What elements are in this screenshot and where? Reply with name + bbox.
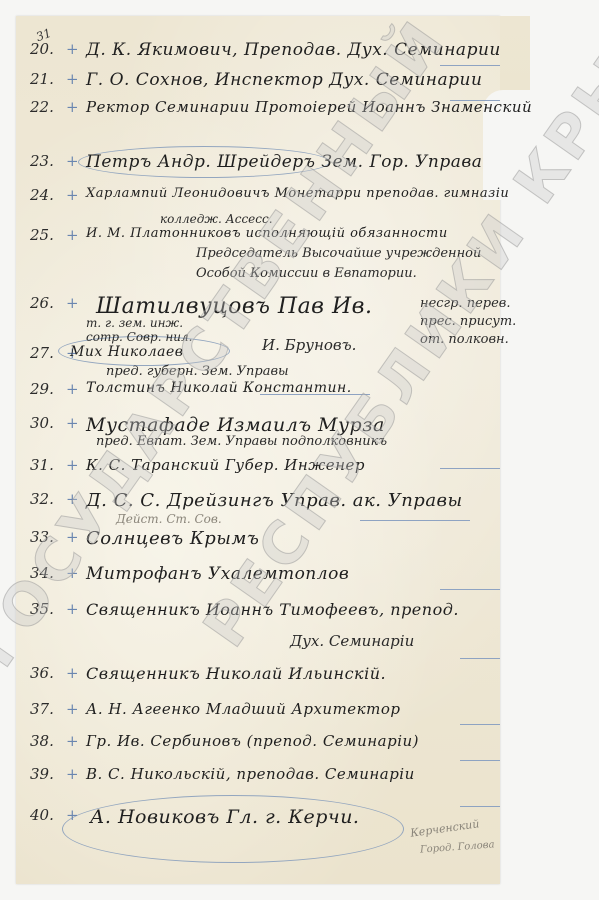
- entry-text: Петръ Андр. Шрейдеръ Зем. Гор. Управа: [86, 152, 482, 172]
- entry-text: И. М. Платонниковъ исполняющiй обязаннос…: [86, 226, 448, 241]
- entry-number: 20.: [30, 40, 54, 58]
- plus-mark-icon: +: [66, 664, 79, 682]
- entry-text: Митрофанъ Ухалемтоплов: [86, 564, 349, 584]
- entry-number: 40.: [30, 806, 54, 824]
- plus-mark-icon: +: [66, 414, 79, 432]
- plus-mark-icon: +: [66, 70, 79, 88]
- entry-text: Г. О. Сохнов, Инспектор Дух. Семинарии: [86, 70, 482, 90]
- list-item: 27. + Мих Николаев: [0, 344, 599, 374]
- list-item: 33. + Солнцевъ Крымъ: [0, 528, 599, 558]
- list-item: 29. + Толстинъ Николай Константин.: [0, 380, 599, 410]
- entry-text: Д. С. С. Дрейзингъ Управ. ак. Управы: [86, 490, 463, 511]
- annotation: Председатель Высочайше учрежденной: [196, 246, 481, 261]
- annotation: пред. Евпат. Зем. Управы подполковникъ: [96, 434, 387, 449]
- annotation: Дейст. Ст. Сов.: [116, 512, 222, 526]
- plus-mark-icon: +: [66, 186, 79, 204]
- entry-number: 30.: [30, 414, 54, 432]
- entry-text: Священникъ Николай Ильинскiй.: [86, 664, 386, 683]
- list-item: 38. + Гр. Ив. Сербиновъ (препод. Семинар…: [0, 732, 599, 762]
- list-item: 39. + В. С. Никольскiй, преподав. Семина…: [0, 765, 599, 795]
- entry-number: 29.: [30, 380, 54, 398]
- list-item: 24. + Харлампий Леонидовичъ Монетарри пр…: [0, 186, 599, 216]
- plus-mark-icon: +: [66, 226, 79, 244]
- list-item: 21. + Г. О. Сохнов, Инспектор Дух. Семин…: [0, 70, 599, 100]
- annotation: Особой Комиссии в Евпатории.: [196, 266, 417, 281]
- entry-number: 26.: [30, 294, 54, 312]
- plus-mark-icon: +: [66, 564, 79, 582]
- entry-number: 25.: [30, 226, 54, 244]
- entry-text: Священникъ Иоаннъ Тимофеевъ, препод.: [86, 600, 459, 619]
- entry-text: В. С. Никольскiй, преподав. Семинарiи: [86, 765, 415, 783]
- plus-mark-icon: +: [66, 490, 79, 508]
- entry-text: Толстинъ Николай Константин.: [86, 380, 352, 396]
- annotation: прес. присут.: [420, 314, 516, 329]
- list-item: 23. + Петръ Андр. Шрейдеръ Зем. Гор. Упр…: [0, 152, 599, 182]
- entry-text: Мустафаде Измаилъ Мурза: [86, 414, 385, 436]
- list-item: 37. + А. Н. Агеенко Младший Архитектор: [0, 700, 599, 730]
- entry-number: 34.: [30, 564, 54, 582]
- plus-mark-icon: +: [66, 528, 79, 546]
- entry-text: К. С. Таранский Губер. Инженер: [86, 456, 365, 474]
- plus-mark-icon: +: [66, 294, 79, 312]
- entry-text: Ректор Семинарии Протоiерей Иоаннъ Знаме…: [86, 98, 532, 116]
- plus-mark-icon: +: [66, 765, 79, 783]
- plus-mark-icon: +: [66, 806, 79, 824]
- rule-line: [460, 658, 500, 659]
- annotation: сотр. Совр. нил.: [86, 330, 192, 344]
- plus-mark-icon: +: [66, 732, 79, 750]
- plus-mark-icon: +: [66, 98, 79, 116]
- entry-text: Д. К. Якимович, Преподав. Дух. Семинарии: [86, 40, 501, 60]
- entry-number: 39.: [30, 765, 54, 783]
- list-item: 22. + Ректор Семинарии Протоiерей Иоаннъ…: [0, 98, 599, 128]
- list-item: 20. + Д. К. Якимович, Преподав. Дух. Сем…: [0, 40, 599, 70]
- annotation: несгр. перев.: [420, 296, 510, 311]
- annotation: т. г. зем. инж.: [86, 316, 183, 330]
- entry-number: 23.: [30, 152, 54, 170]
- entry-number: 35.: [30, 600, 54, 618]
- list-item: 36. + Священникъ Николай Ильинскiй.: [0, 664, 599, 694]
- entry-text: А. Н. Агеенко Младший Архитектор: [86, 700, 401, 718]
- plus-mark-icon: +: [66, 700, 79, 718]
- plus-mark-icon: +: [66, 40, 79, 58]
- plus-mark-icon: +: [66, 152, 79, 170]
- entry-number: 24.: [30, 186, 54, 204]
- entry-number: 31.: [30, 456, 54, 474]
- entry-text: Мих Николаев: [70, 344, 183, 360]
- list-item: 31. + К. С. Таранский Губер. Инженер: [0, 456, 599, 486]
- list-item: 32. + Д. С. С. Дрейзингъ Управ. ак. Упра…: [0, 490, 599, 520]
- entry-number: 36.: [30, 664, 54, 682]
- entry-number: 38.: [30, 732, 54, 750]
- list-item: 40. + А. Новиковъ Гл. г. Керчи.: [0, 806, 599, 836]
- plus-mark-icon: +: [66, 456, 79, 474]
- entry-number: 32.: [30, 490, 54, 508]
- entry-number: 37.: [30, 700, 54, 718]
- plus-mark-icon: +: [66, 380, 79, 398]
- list-item: 34. + Митрофанъ Ухалемтоплов: [0, 564, 599, 594]
- entry-text: Харлампий Леонидовичъ Монетарри преподав…: [86, 186, 509, 201]
- entry-number: 21.: [30, 70, 54, 88]
- rule-line: [360, 520, 470, 521]
- entry-number: 27.: [30, 344, 54, 362]
- annotation: колледж. Ассесс.: [160, 212, 273, 226]
- entry-number: 22.: [30, 98, 54, 116]
- list-item: 35. + Священникъ Иоаннъ Тимофеевъ, препо…: [0, 600, 599, 630]
- annotation: пред. губерн. Зем. Управы: [106, 364, 289, 379]
- plus-mark-icon: +: [66, 600, 79, 618]
- entry-text: Солнцевъ Крымъ: [86, 528, 259, 549]
- entry-text: Гр. Ив. Сербиновъ (препод. Семинарiи): [86, 732, 419, 750]
- entry-text: А. Новиковъ Гл. г. Керчи.: [90, 806, 359, 828]
- annotation: Дух. Семинарiи: [290, 632, 414, 650]
- entry-number: 33.: [30, 528, 54, 546]
